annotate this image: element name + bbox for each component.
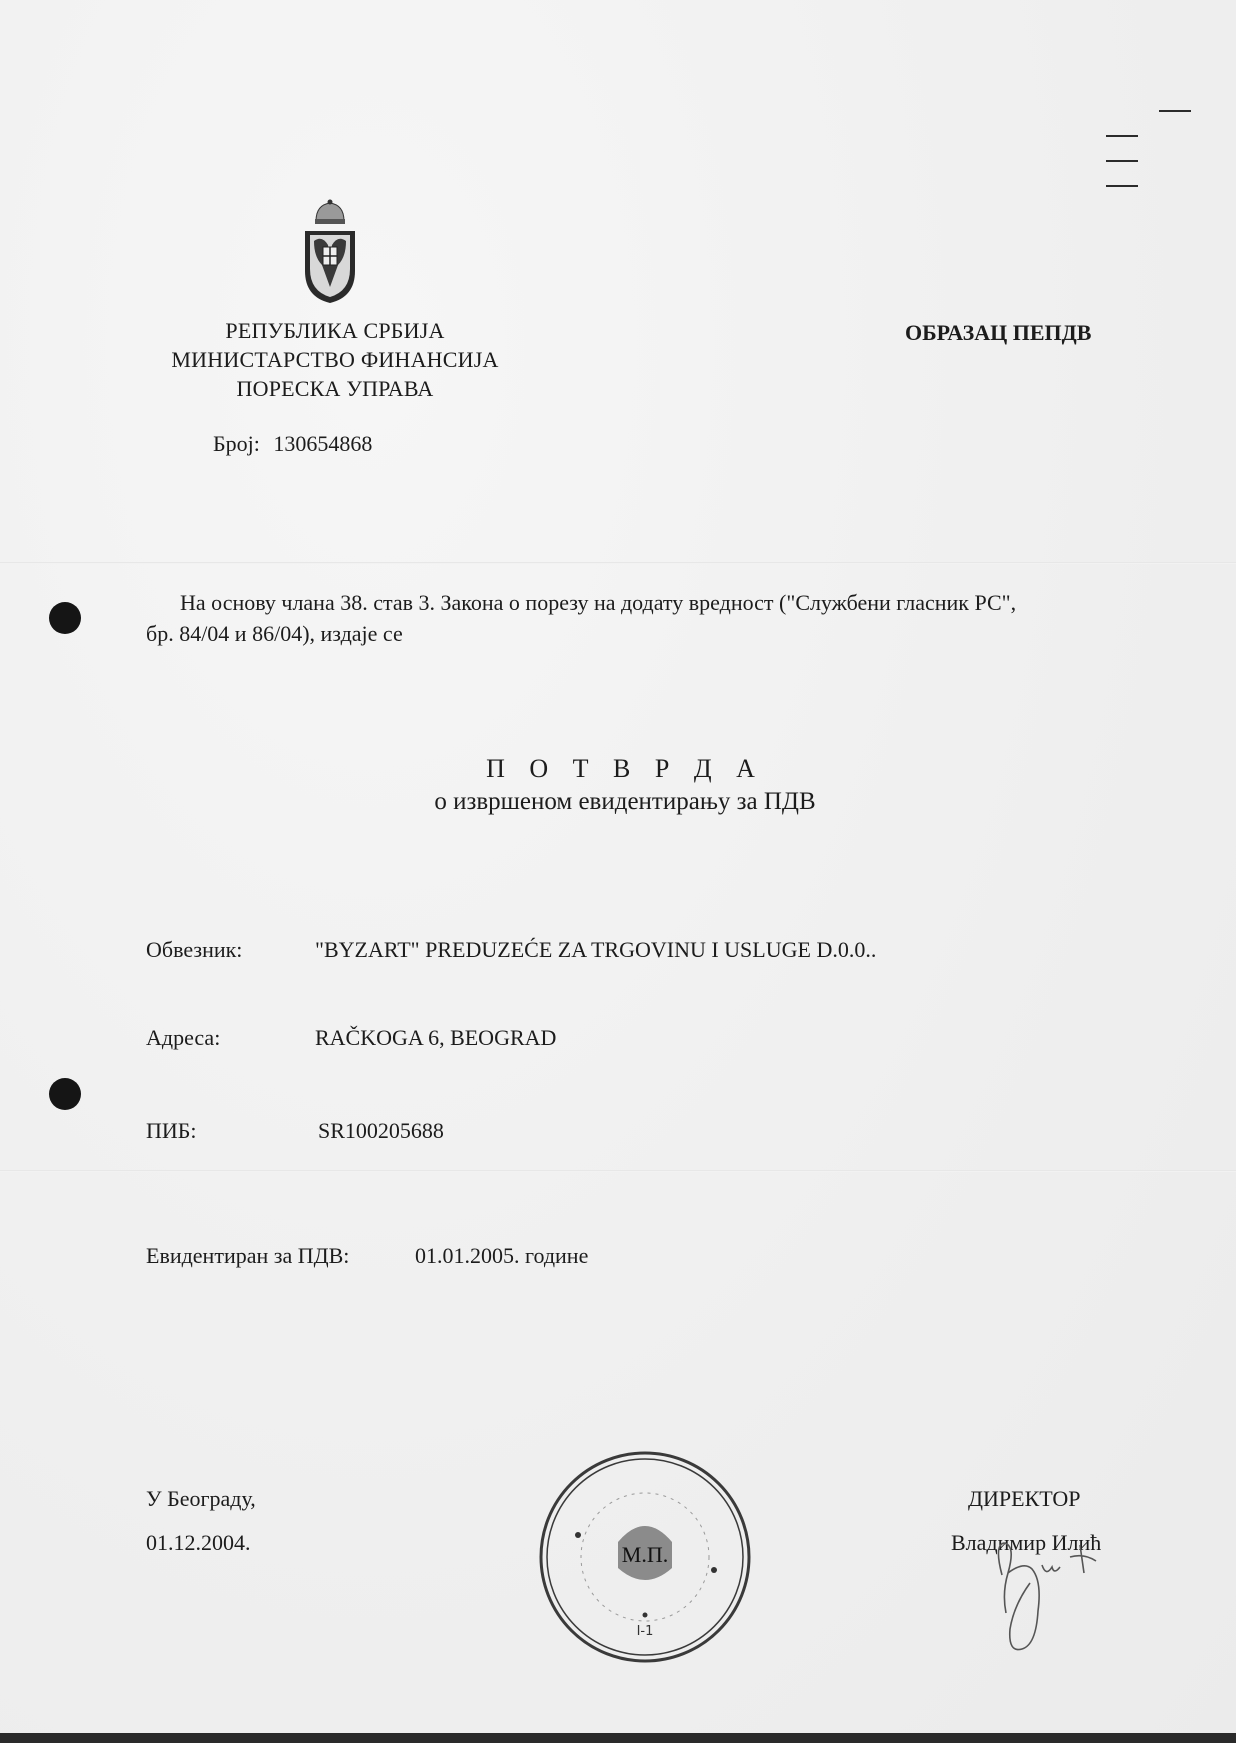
document-page: РЕПУБЛИКА СРБИЈА МИНИСТАРСТВО ФИНАНСИЈА … <box>0 0 1236 1733</box>
punch-hole <box>49 1078 81 1110</box>
document-number-label: Број: <box>213 431 260 456</box>
certificate-title-block: П О Т В Р Д А о извршеном евидентирању з… <box>300 754 950 816</box>
pib-value: SR100205688 <box>318 1118 444 1144</box>
certificate-title: П О Т В Р Д А <box>300 754 950 784</box>
signatory-title: ДИРЕКТОР <box>968 1486 1081 1512</box>
taxpayer-label: Обвезник: <box>146 937 242 963</box>
document-number-value: 130654868 <box>273 431 372 456</box>
address-value: RAČKOGA 6, BEOGRAD <box>315 1025 556 1051</box>
preamble-line-2: бр. 84/04 и 86/04), издаје се <box>146 618 1166 649</box>
certificate-subtitle: о извршеном евидентирању за ПДВ <box>300 788 950 816</box>
issuer-block: РЕПУБЛИКА СРБИЈА МИНИСТАРСТВО ФИНАНСИЈА … <box>140 316 530 403</box>
margin-mark <box>1106 160 1138 162</box>
official-stamp: I-1 М.П. <box>538 1450 752 1664</box>
registration-label: Евидентиран за ПДВ: <box>146 1243 349 1269</box>
preamble: На основу члана 38. став 3. Закона о пор… <box>146 587 1166 649</box>
form-name: ОБРАЗАЦ ПЕПДВ <box>905 320 1091 346</box>
stamp-number: I-1 <box>637 1624 654 1639</box>
fold-line <box>0 562 1236 564</box>
address-label: Адреса: <box>146 1025 220 1051</box>
document-number: Број: 130654868 <box>213 431 372 457</box>
issue-place: У Београду, <box>146 1486 256 1512</box>
pib-label: ПИБ: <box>146 1118 197 1144</box>
fold-line <box>0 1170 1236 1172</box>
registration-value: 01.01.2005. године <box>415 1243 588 1269</box>
stamp-placeholder-label: М.П. <box>538 1542 752 1568</box>
serbian-coat-of-arms-icon <box>302 199 358 305</box>
scan-edge <box>0 1733 1236 1743</box>
issue-date: 01.12.2004. <box>146 1530 251 1556</box>
margin-mark <box>1106 185 1138 187</box>
org-line-republic: РЕПУБЛИКА СРБИЈА <box>140 316 530 345</box>
handwritten-signature <box>980 1525 1120 1655</box>
margin-mark <box>1159 110 1191 112</box>
punch-hole <box>49 602 81 634</box>
org-line-ministry: МИНИСТАРСТВО ФИНАНСИЈА <box>140 345 530 374</box>
taxpayer-value: "BYZART" PREDUZEĆE ZA TRGOVINU I USLUGE … <box>315 937 876 963</box>
org-line-tax-authority: ПОРЕСКА УПРАВА <box>140 374 530 403</box>
preamble-line-1: На основу члана 38. став 3. Закона о пор… <box>146 587 1166 618</box>
margin-mark <box>1106 135 1138 137</box>
